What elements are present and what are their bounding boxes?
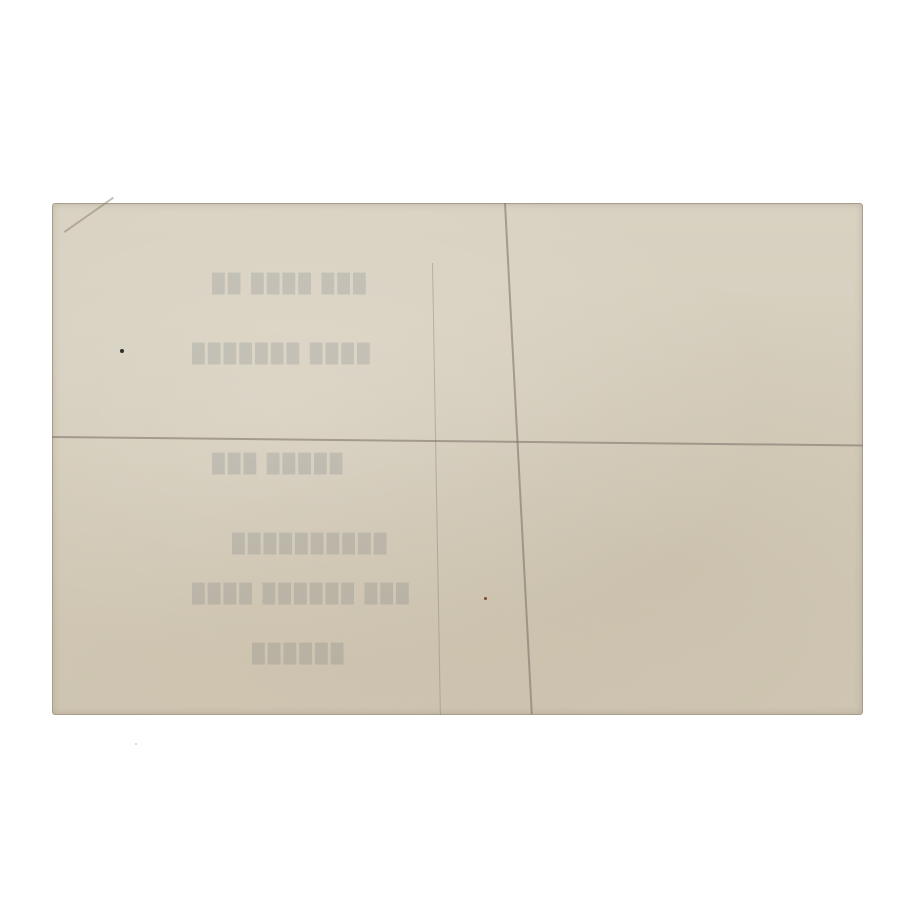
bleed-through-print: ██████ xyxy=(252,643,347,664)
background-speck xyxy=(135,743,137,745)
ink-spot xyxy=(120,349,124,353)
vertical-fold-crease xyxy=(504,203,533,714)
corner-fold xyxy=(64,197,114,233)
bleed-through-print: ███████ ████ xyxy=(192,343,373,364)
bleed-through-print: ███ █████ xyxy=(212,453,346,474)
banknote-back: ██ ████ ███ ███████ ████ ███ █████ █████… xyxy=(52,203,863,715)
bleed-through-print: ██ ████ ███ xyxy=(212,273,369,294)
stain-spot xyxy=(484,597,487,600)
bleed-through-print: ██████████ xyxy=(232,533,390,554)
bleed-through-print: ████ ██████ ███ xyxy=(192,583,412,604)
horizontal-fold-crease xyxy=(52,436,863,446)
secondary-fold-crease xyxy=(432,263,441,715)
